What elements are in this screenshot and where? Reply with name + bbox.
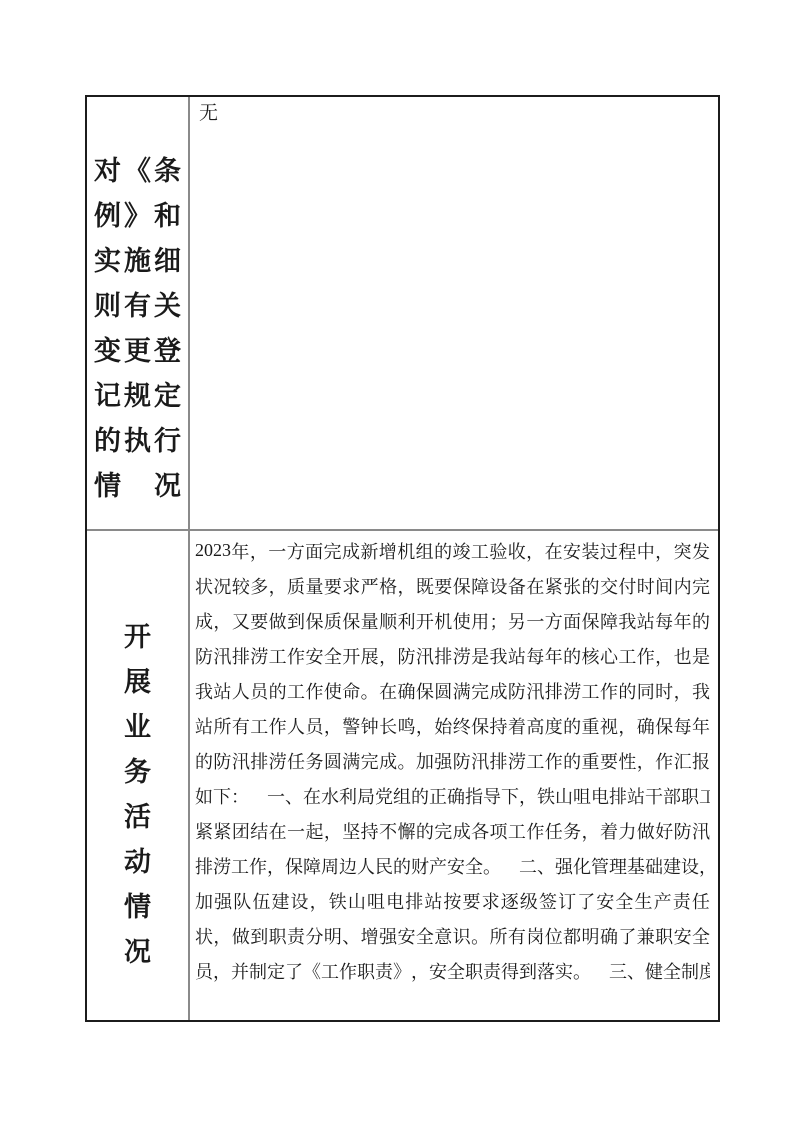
content-line: 防汛排涝工作安全开展，防汛排涝是我站每年的核心工作，也是 [195, 638, 710, 673]
content-line: 紧紧团结在一起，坚持不懈的完成各项工作任务，着力做好防汛 [195, 813, 710, 848]
business-content-paragraph: 2023年，一方面完成新增机组的竣工验收，在安装过程中，突发 状况较多，质量要求… [190, 531, 718, 988]
regulation-label-cell: 对《条 例》和 实施细 则有关 变更登 记规定 的执行 情况 [87, 97, 190, 529]
business-label-char: 开 [124, 615, 151, 660]
content-line: 状，做到职责分明、增强安全意识。所有岗位都明确了兼职安全 [195, 918, 710, 953]
regulation-label-line: 实施细 [94, 236, 181, 281]
content-line: 状况较多，质量要求严格，既要保障设备在紧张的交付时间内完 [195, 568, 710, 603]
regulation-content-text: 无 [190, 97, 718, 127]
business-label-char: 情 [124, 885, 151, 930]
content-line: 成，又要做到保质保量顺利开机使用；另一方面保障我站每年的 [195, 603, 710, 638]
row-regulation-compliance: 对《条 例》和 实施细 则有关 变更登 记规定 的执行 情况 无 [87, 97, 718, 531]
row-business-activity: 开 展 业 务 活 动 情 况 2023年，一方面完成新增机组的竣工验收，在安装… [87, 531, 718, 1020]
regulation-content-cell: 无 [190, 97, 718, 529]
business-label-char: 务 [124, 750, 151, 795]
business-label-char: 业 [124, 705, 151, 750]
business-label-char: 展 [124, 660, 151, 705]
content-line: 站所有工作人员，警钟长鸣，始终保持着高度的重视，确保每年 [195, 708, 710, 743]
content-line: 员，并制定了《工作职责》，安全职责得到落实。 三、健全制度， [195, 953, 710, 988]
content-line: 我站人员的工作使命。在确保圆满完成防汛排涝工作的同时，我 [195, 673, 710, 708]
content-line: 加强队伍建设，铁山咀电排站按要求逐级签订了安全生产责任 [195, 883, 710, 918]
regulation-label-line: 的执行 [94, 416, 181, 461]
content-line: 2023年，一方面完成新增机组的竣工验收，在安装过程中，突发 [195, 533, 710, 568]
content-line: 如下： 一、在水利局党组的正确指导下，铁山咀电排站干部职工 [195, 778, 710, 813]
business-content-cell: 2023年，一方面完成新增机组的竣工验收，在安装过程中，突发 状况较多，质量要求… [190, 531, 718, 1020]
regulation-label-line: 记规定 [94, 371, 181, 416]
business-label-cell: 开 展 业 务 活 动 情 况 [87, 531, 190, 1020]
business-label-char: 活 [124, 795, 151, 840]
report-form-table: 对《条 例》和 实施细 则有关 变更登 记规定 的执行 情况 无 开 展 业 务… [85, 95, 720, 1022]
business-label-char: 况 [124, 930, 151, 975]
regulation-label-line: 情况 [94, 461, 181, 506]
regulation-label-line: 对《条 [94, 146, 181, 191]
regulation-label-line: 则有关 [94, 281, 181, 326]
regulation-label-line: 变更登 [94, 326, 181, 371]
regulation-label-line: 例》和 [94, 191, 181, 236]
content-line: 排涝工作，保障周边人民的财产安全。 二、强化管理基础建设， [195, 848, 710, 883]
document-page: 对《条 例》和 实施细 则有关 变更登 记规定 的执行 情况 无 开 展 业 务… [0, 0, 794, 1122]
business-label-char: 动 [124, 840, 151, 885]
content-line: 的防汛排涝任务圆满完成。加强防汛排涝工作的重要性，作汇报 [195, 743, 710, 778]
